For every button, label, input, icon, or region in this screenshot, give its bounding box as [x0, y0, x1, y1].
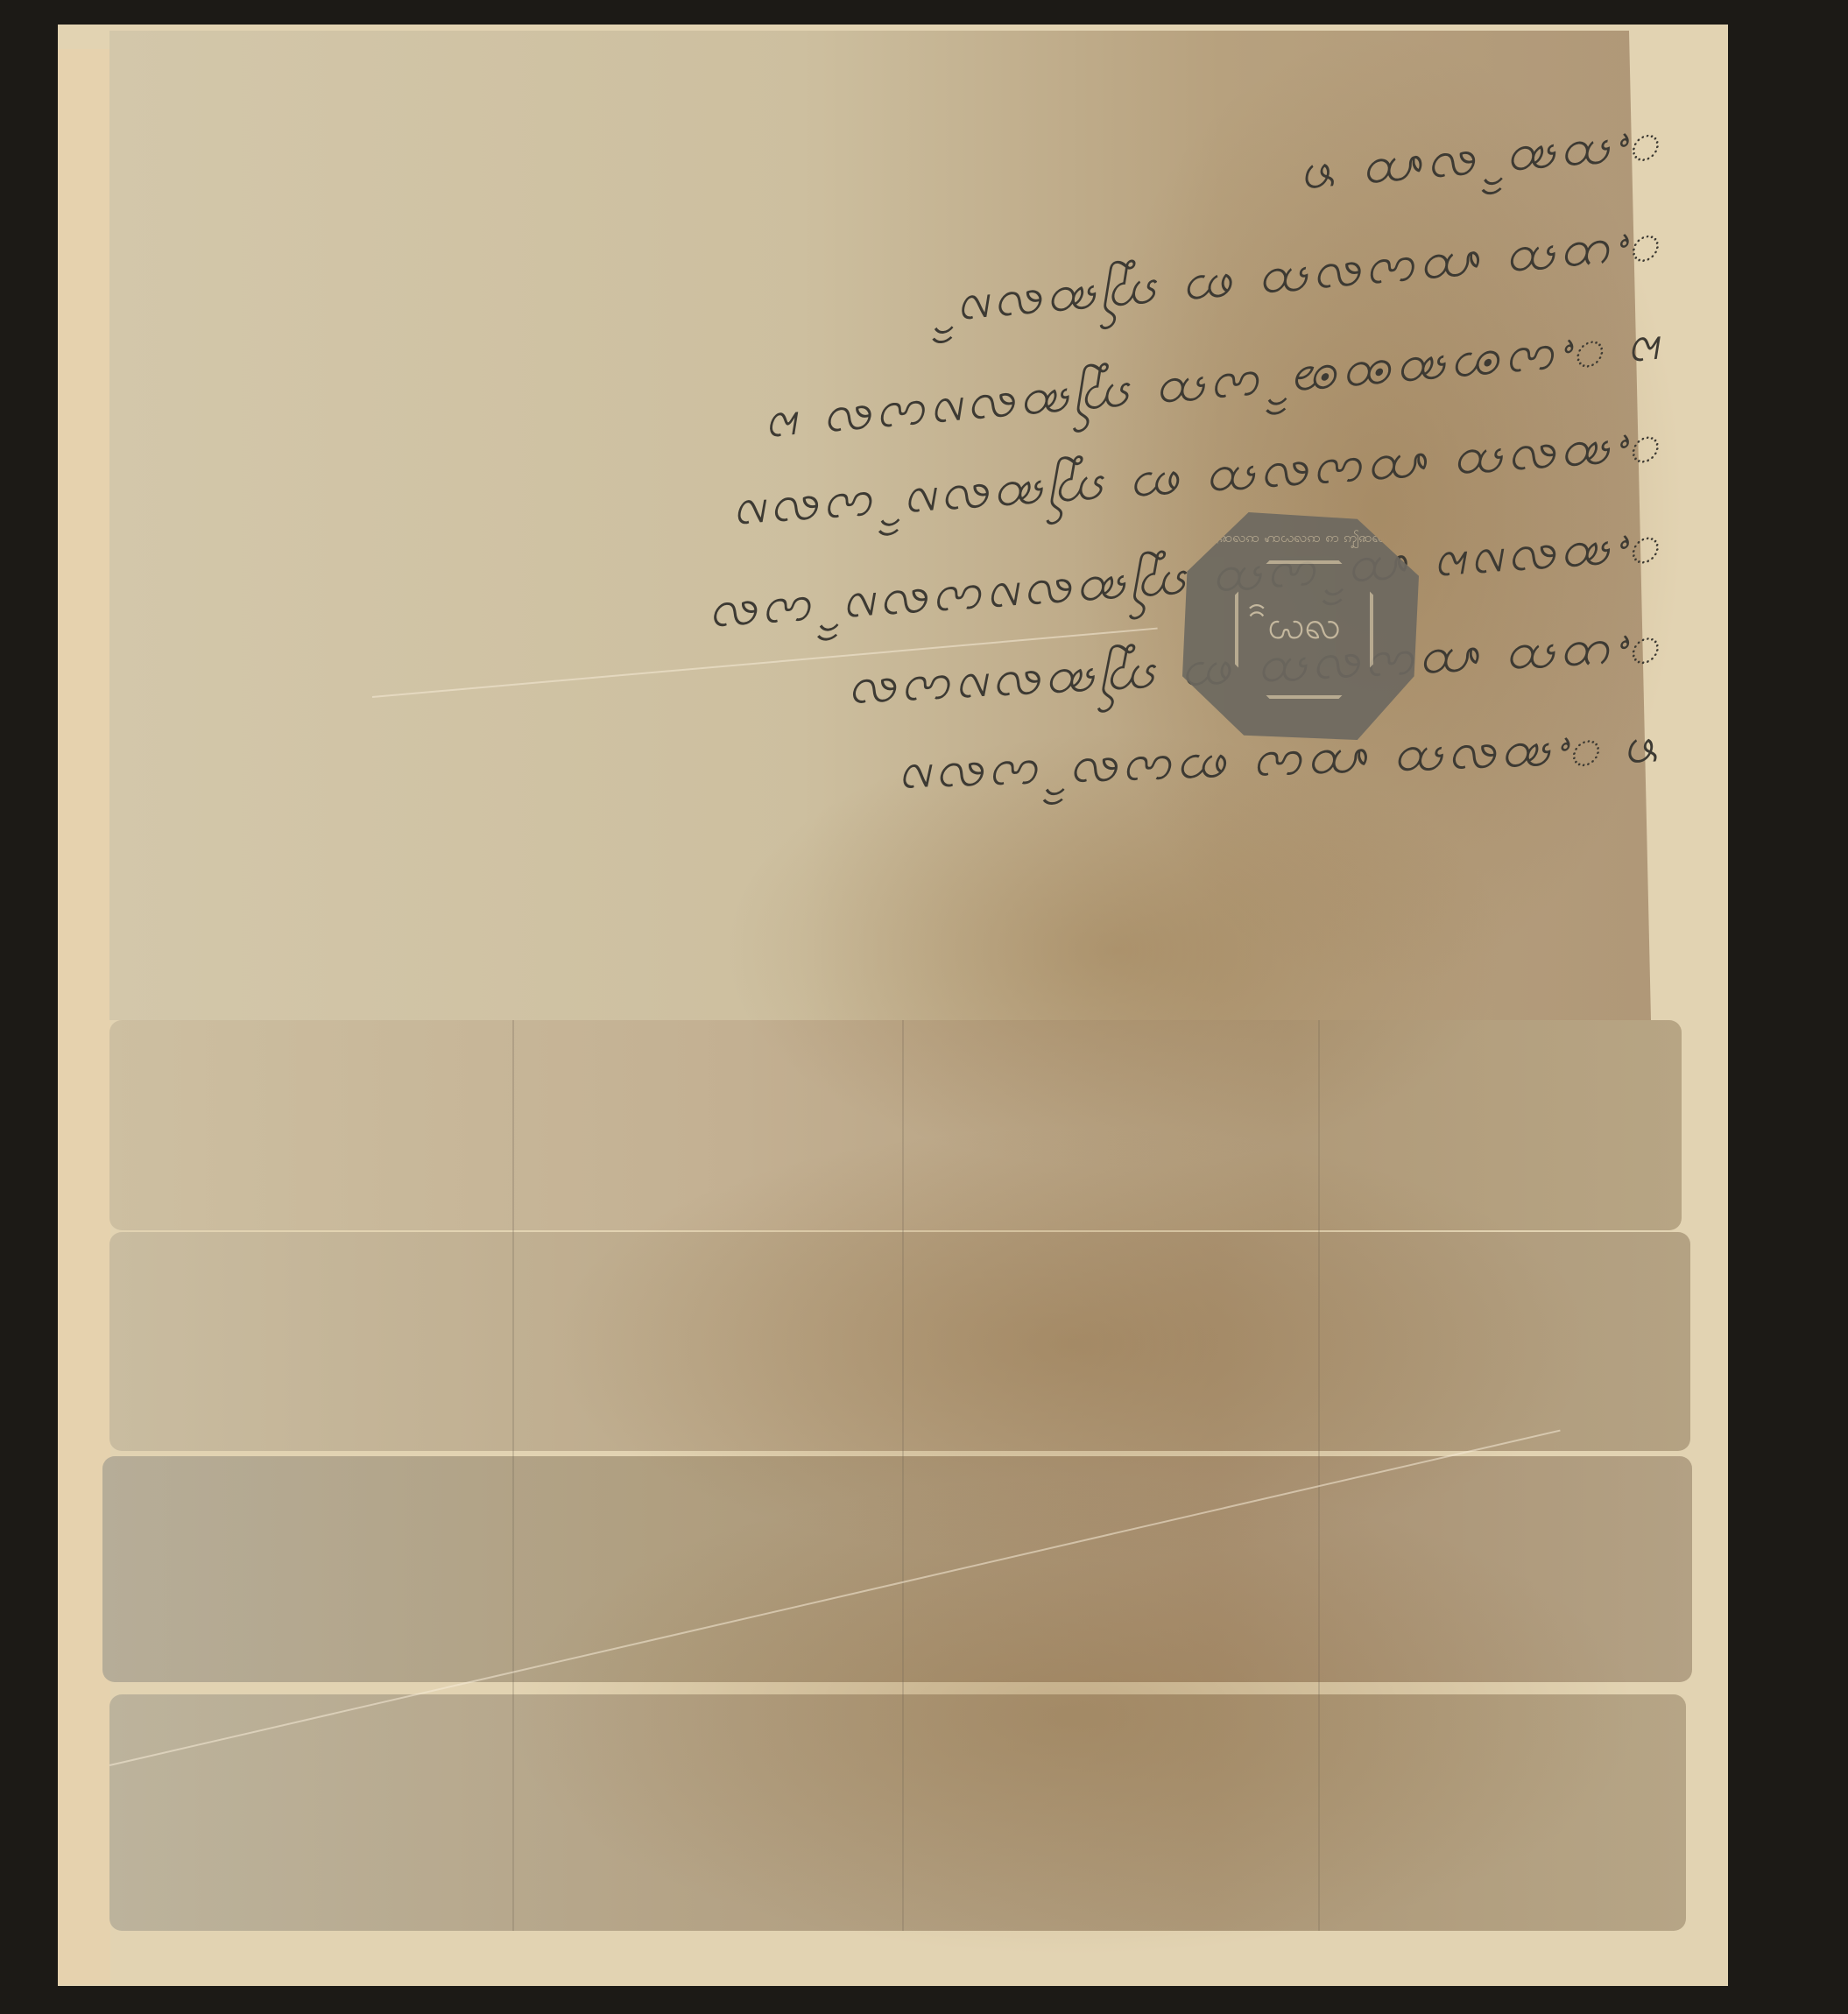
- manuscript-line: ꩻꩡꩣ ꩰꩮꩲ ꩫ: [1297, 109, 1668, 215]
- fold-line: [902, 1020, 904, 1931]
- fold-line: [512, 1020, 514, 1931]
- fold-line: [1318, 1020, 1320, 1931]
- water-stain: [504, 1475, 1642, 1957]
- mount-left-strip: [58, 49, 110, 1984]
- handwritten-text-block: ꩫ ꩻꩣꩮꩡ ꩲꩬ ꩱꩬꩮ ꩰꩬꩮꩳ ꩻꩤꩡ ꩲꩬꩮꩡ ꩱ ꩵꩣꩮꩳꩬꩮ ꩻꩣꩮ…: [473, 105, 1664, 788]
- seal-center-emblem: ꩰꩬꩮ: [1235, 560, 1373, 699]
- octagonal-seal-stamp: ꩻꩣꩮꩡ ꩲꩬꩮꩡ ꩱ ꩵꩣꩮꩳ ꩰꩬꩮ: [1182, 512, 1419, 740]
